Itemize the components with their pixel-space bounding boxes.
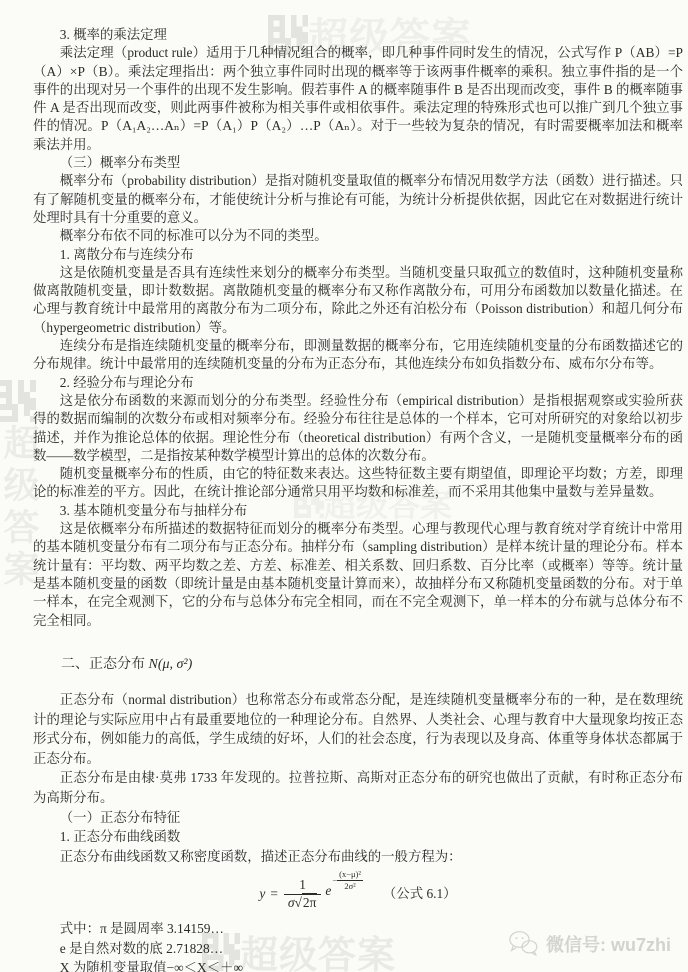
formula-main-fraction: 1 σ√2π [284,878,321,910]
formula-lhs: y [259,887,265,902]
section-heading-math: N(μ, σ²) [149,657,193,672]
formula-notes: 式中：π 是圆周率 3.14159… e 是自然对数的底 2.71828… X … [33,919,683,972]
paragraph-dist-types-title: （三）概率分布类型 [33,154,683,172]
formula-exponent-denominator: 2σ² [337,881,363,891]
paragraph-curve-function-title: 1. 正态分布曲线函数 [33,827,683,847]
formula-base-e: e [325,884,331,899]
document-content: 3. 概率的乘法定理 乘法定理（product rule）适用于几种情况组合的概… [33,26,683,972]
formula-exponential-term: e − (x−μ)² 2σ² [325,884,363,906]
paragraph-continuous-body: 连续分布是指连续随机变量的概率分布，即测量数据的概率分布，它用连续随机变量的分布… [33,337,683,374]
paragraph-normal-features-title: （一）正态分布特征 [33,808,683,828]
paragraph-curve-function-intro: 正态分布曲线函数又称密度函数，描述正态分布曲线的一般方程为： [33,847,683,867]
paragraph-empirical-body: 这是依分布函数的来源而划分的分布类型。经验性分布（empirical distr… [33,392,683,465]
paragraph-sampling-title: 3. 基本随机变量分布与抽样分布 [33,502,683,520]
note-x-range: X 为随机变量取值−∞＜X＜＋∞ [33,958,683,972]
formula-denominator: σ√2π [284,895,321,911]
paragraph-characteristics-body: 随机变量概率分布的性质，由它的特征数来表达。这些特征数主要有期望值，即理论平均数… [33,465,683,502]
formula-equals: = [270,887,278,902]
normal-density-formula: y = 1 σ√2π e − (x−μ)² 2σ² （公式 [33,878,683,910]
formula-exponent-numerator: (x−μ)² [337,870,363,881]
section-heading-normal-distribution: 二、正态分布 N(μ, σ²) [33,656,683,674]
formula-radicand: 2π [302,893,317,910]
paragraph-prob-dist-def: 概率分布（probability distribution）是指对随机变量取值的… [33,172,683,227]
paragraph-empirical-theoretical-title: 2. 经验分布与理论分布 [33,374,683,392]
note-pi: 式中：π 是圆周率 3.14159… [33,919,683,939]
formula-exponent: − (x−μ)² 2σ² [332,870,363,892]
sqrt-sign: √ [295,895,302,910]
section-heading-label: 二、正态分布 [61,657,149,672]
document-page: 超级答案 超级答案 超级答案 超级答案 微信号: wu7zhi 3. 概率的乘法… [0,0,688,972]
formula-exponent-fraction: (x−μ)² 2σ² [337,870,363,892]
brand-qr-icon [0,380,36,422]
paragraph-discrete-continuous-title: 1. 离散分布与连续分布 [33,246,683,264]
paragraph-mult-theorem-title: 3. 概率的乘法定理 [33,26,683,44]
note-e: e 是自然对数的底 2.71828… [33,939,683,959]
paragraph-discrete-body: 这是依随机变量是否具有连续性来划分的概率分布类型。当随机变量只取孤立的数值时，这… [33,264,683,337]
paragraph-normal-def: 正态分布（normal distribution）也称常态分布或常态分配，是连续… [33,690,683,768]
paragraph-normal-history: 正态分布是由棣·莫弗 1733 年发现的。拉普拉斯、高斯对正态分布的研究也做出了… [33,768,683,807]
formula-sigma: σ [288,895,295,910]
paragraph-sampling-body: 这是依概率分布所描述的数据特征而划分的概率分布类型。心理与教现代心理与教育统对学… [33,520,683,630]
formula-label: （公式 6.1） [383,887,457,902]
paragraph-dist-standards: 概率分布依不同的标准可以分为不同的类型。 [33,227,683,245]
paragraph-mult-theorem-body: 乘法定理（product rule）适用于几种情况组合的概率，即几种事件同时发生… [33,44,683,154]
